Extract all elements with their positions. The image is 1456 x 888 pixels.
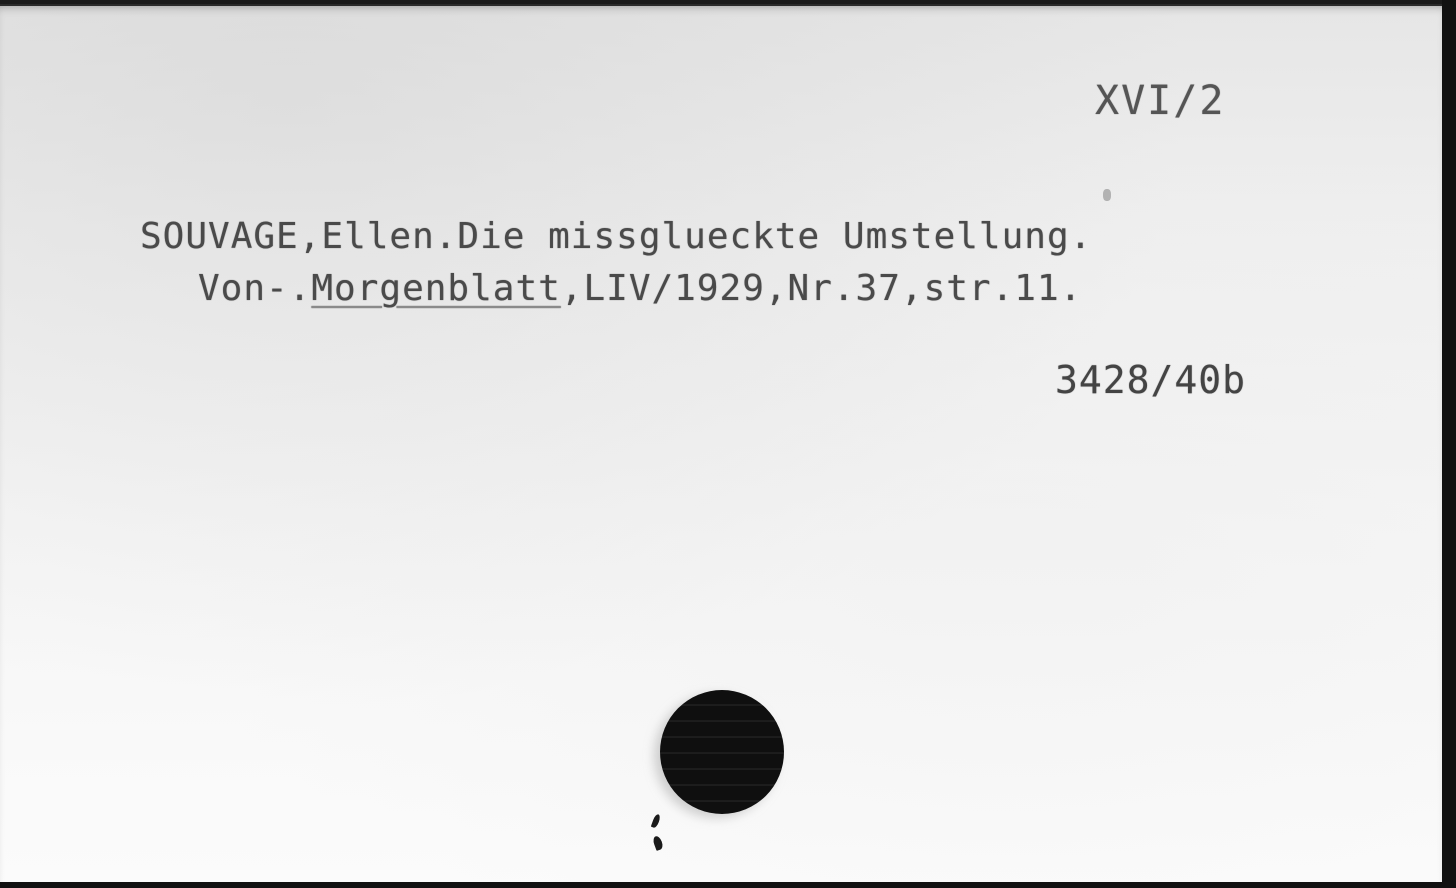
scan-border-right	[1442, 0, 1456, 888]
entry-line-2: Von-.Morgenblatt,LIV/1929,Nr.37,str.11.	[198, 268, 1082, 309]
catalog-card: XVI/2 SOUVAGE,Ellen.Die missglueckte Ums…	[0, 4, 1442, 884]
entry-citation: ,LIV/1929,Nr.37,str.11.	[561, 268, 1083, 309]
ink-mark	[1103, 189, 1111, 201]
source-title: Morgenblatt	[311, 268, 560, 309]
scan-border-bottom	[0, 882, 1456, 888]
entry-prefix: Von-.	[198, 268, 311, 309]
smudge-mark	[652, 835, 664, 851]
punch-hole	[660, 690, 784, 814]
smudge-mark	[651, 813, 661, 828]
shelfmark: XVI/2	[1095, 78, 1225, 124]
call-number: 3428/40b	[1055, 358, 1246, 402]
entry-line-1: SOUVAGE,Ellen.Die missglueckte Umstellun…	[140, 216, 1092, 257]
